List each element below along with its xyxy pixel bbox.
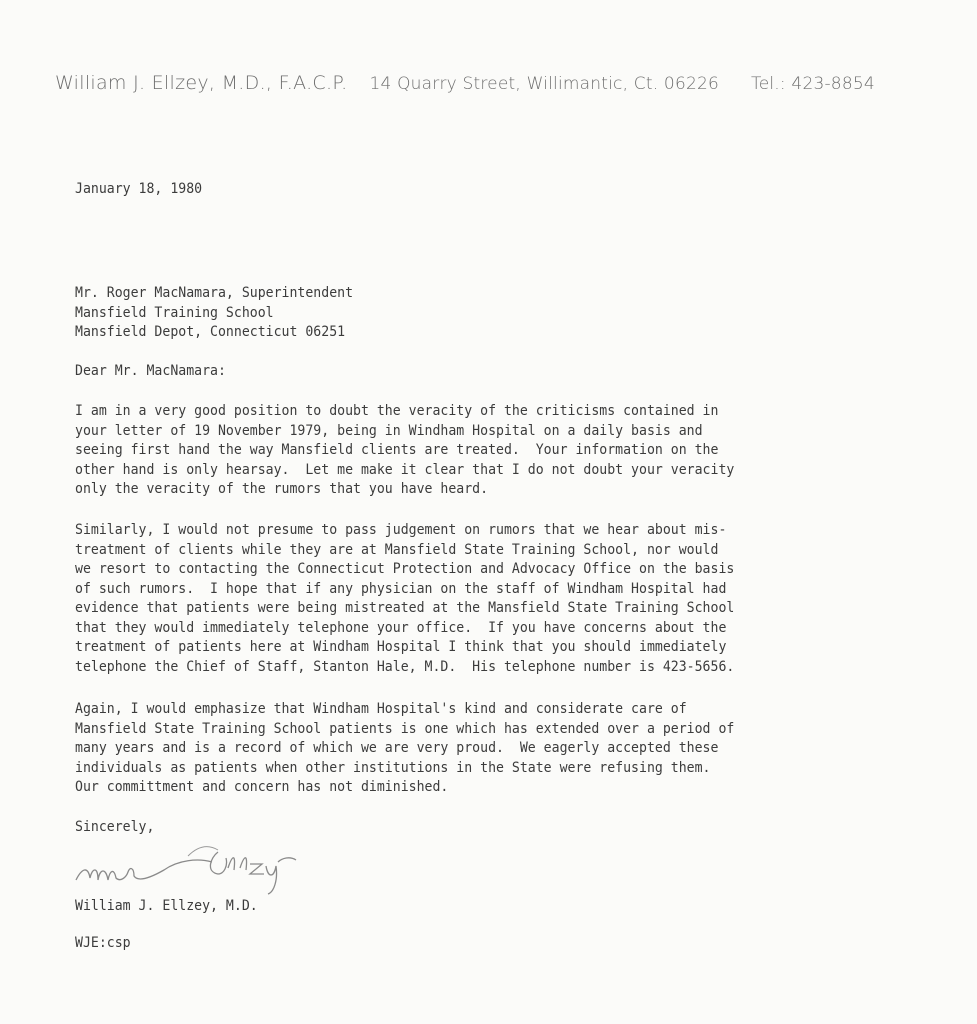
body-paragraph: I am in a very good position to doubt th… — [75, 402, 734, 500]
reference-initials: WJE:csp — [75, 934, 131, 954]
signature-name: William J. Ellzey, M.D. — [75, 897, 258, 917]
recipient-address: Mr. Roger MacNamara, SuperintendentMansf… — [75, 284, 353, 343]
body-paragraph: Similarly, I would not presume to pass j… — [75, 521, 734, 677]
recipient-line-2: Mansfield Training School — [75, 304, 353, 324]
salutation: Dear Mr. MacNamara: — [75, 362, 226, 382]
body-paragraph: Again, I would emphasize that Windham Ho… — [75, 700, 734, 798]
closing: Sincerely, — [75, 818, 154, 838]
letterhead-telephone: Tel.: 423-8854 — [751, 74, 875, 94]
letterhead-address: 14 Quarry Street, Willimantic, Ct. 06226 — [369, 74, 719, 94]
recipient-line-1: Mr. Roger MacNamara, Superintendent — [75, 284, 353, 304]
letterhead-name: William J. Ellzey, M.D., F.A.C.P. — [55, 72, 347, 94]
handwritten-signature — [68, 838, 328, 898]
letterhead: William J. Ellzey, M.D., F.A.C.P. 14 Qua… — [55, 72, 925, 94]
recipient-line-3: Mansfield Depot, Connecticut 06251 — [75, 323, 353, 343]
letter-date: January 18, 1980 — [75, 180, 202, 200]
